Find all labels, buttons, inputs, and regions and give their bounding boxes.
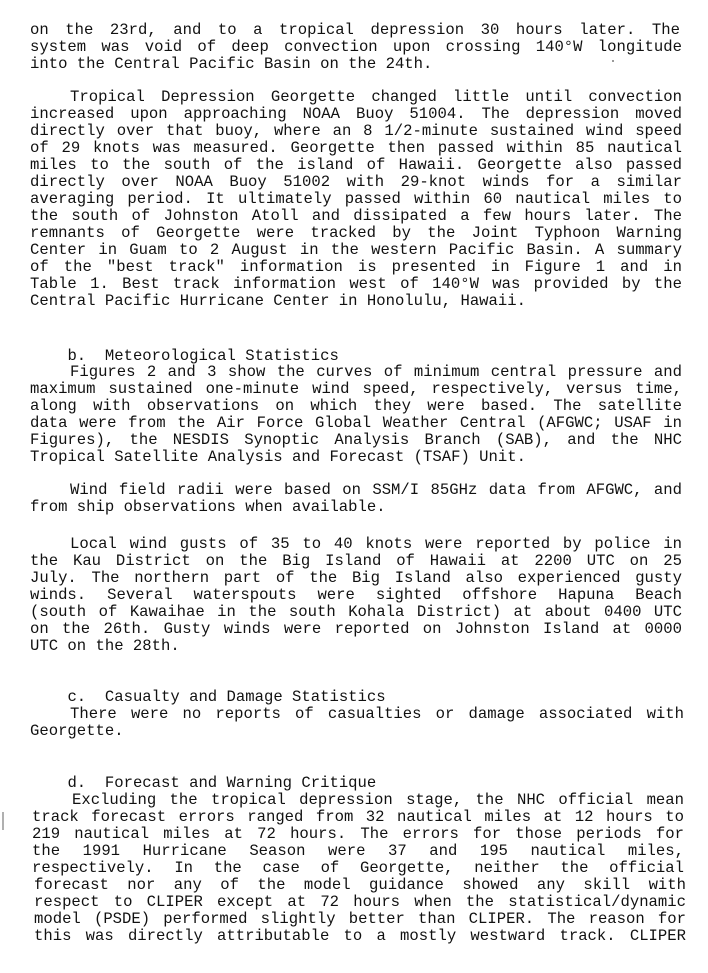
scan-margin-mark	[2, 812, 4, 830]
text-line: Figures), the NESDIS Synoptic Analysis B…	[30, 432, 682, 449]
text-line: Tropical Satellite Analysis and Forecast…	[30, 449, 526, 466]
text-line: data were from the Air Force Global Weat…	[30, 415, 682, 432]
text-line: Excluding the tropical depression stage,…	[72, 792, 684, 809]
text-line: model (PSDE) performed slightly better t…	[34, 911, 686, 928]
text-line: There were no reports of casualties or d…	[70, 706, 684, 723]
text-line: (south of Kawaihae in the south Kohala D…	[30, 604, 682, 621]
text-line: increased upon approaching NOAA Buoy 510…	[30, 106, 682, 123]
scan-speck	[612, 60, 614, 62]
text-line: directly over that buoy, where an 8 1/2-…	[30, 123, 682, 140]
text-line: averaging period. It ultimately passed w…	[30, 191, 682, 208]
text-line: of 29 knots was measured. Georgette then…	[30, 140, 682, 157]
text-line: Wind field radii were based on SSM/I 85G…	[70, 482, 682, 499]
text-line: forecast nor any of the model guidance s…	[34, 877, 686, 894]
text-line: this was directly attributable to a most…	[34, 928, 686, 945]
text-line: respect to CLIPER except at 72 hours whe…	[34, 894, 686, 911]
text-line: miles to the south of the island of Hawa…	[30, 157, 682, 174]
section-heading-c: c. Casualty and Damage Statistics	[30, 672, 386, 689]
text-line: along with observations on which they we…	[30, 398, 682, 415]
text-line: system was void of deep convection upon …	[30, 39, 682, 56]
text-line: on the 26th. Gusty winds were reported o…	[30, 621, 682, 638]
document-page: on the 23rd, and to a tropical depressio…	[0, 0, 708, 973]
text-line: Tropical Depression Georgette changed li…	[70, 89, 682, 106]
text-line: the south of Johnston Atoll and dissipat…	[30, 208, 682, 225]
section-heading-b: b. Meteorological Statistics	[30, 331, 339, 348]
text-line: maximum sustained one-minute wind speed,…	[30, 381, 682, 398]
text-line: 219 nautical miles at 72 hours. The erro…	[32, 826, 684, 843]
text-line: remnants of Georgette were tracked by th…	[30, 225, 682, 242]
section-letter: d.	[67, 774, 86, 792]
text-line: the Kau District on the Big Island of Ha…	[30, 553, 682, 570]
section-letter: c.	[67, 688, 86, 706]
text-line: into the Central Pacific Basin on the 24…	[30, 56, 432, 73]
text-line: Table 1. Best track information west of …	[30, 276, 682, 293]
text-line: winds. Several waterspouts were sighted …	[30, 587, 682, 604]
text-line: track forecast errors ranged from 32 nau…	[32, 809, 684, 826]
text-line: Georgette.	[30, 723, 124, 740]
section-heading-d: d. Forecast and Warning Critique	[30, 758, 376, 775]
text-line: UTC on the 28th.	[30, 638, 180, 655]
section-title: Forecast and Warning Critique	[105, 774, 376, 792]
text-line: July. The northern part of the Big Islan…	[30, 570, 682, 587]
text-line: directly over NOAA Buoy 51002 with 29-kn…	[30, 174, 682, 191]
text-line: on the 23rd, and to a tropical depressio…	[30, 22, 680, 39]
text-line: Local wind gusts of 35 to 40 knots were …	[70, 536, 682, 553]
text-line: Central Pacific Hurricane Center in Hono…	[30, 293, 526, 310]
text-line: the 1991 Hurricane Season were 37 and 19…	[32, 843, 684, 860]
section-title: Casualty and Damage Statistics	[105, 688, 386, 706]
text-line: Center in Guam to 2 August in the wester…	[30, 242, 682, 259]
text-line: from ship observations when available.	[30, 499, 386, 516]
text-line: Figures 2 and 3 show the curves of minim…	[70, 364, 682, 381]
text-line: respectively. In the case of Georgette, …	[32, 860, 684, 877]
text-line: of the "best track" information is prese…	[30, 259, 682, 276]
